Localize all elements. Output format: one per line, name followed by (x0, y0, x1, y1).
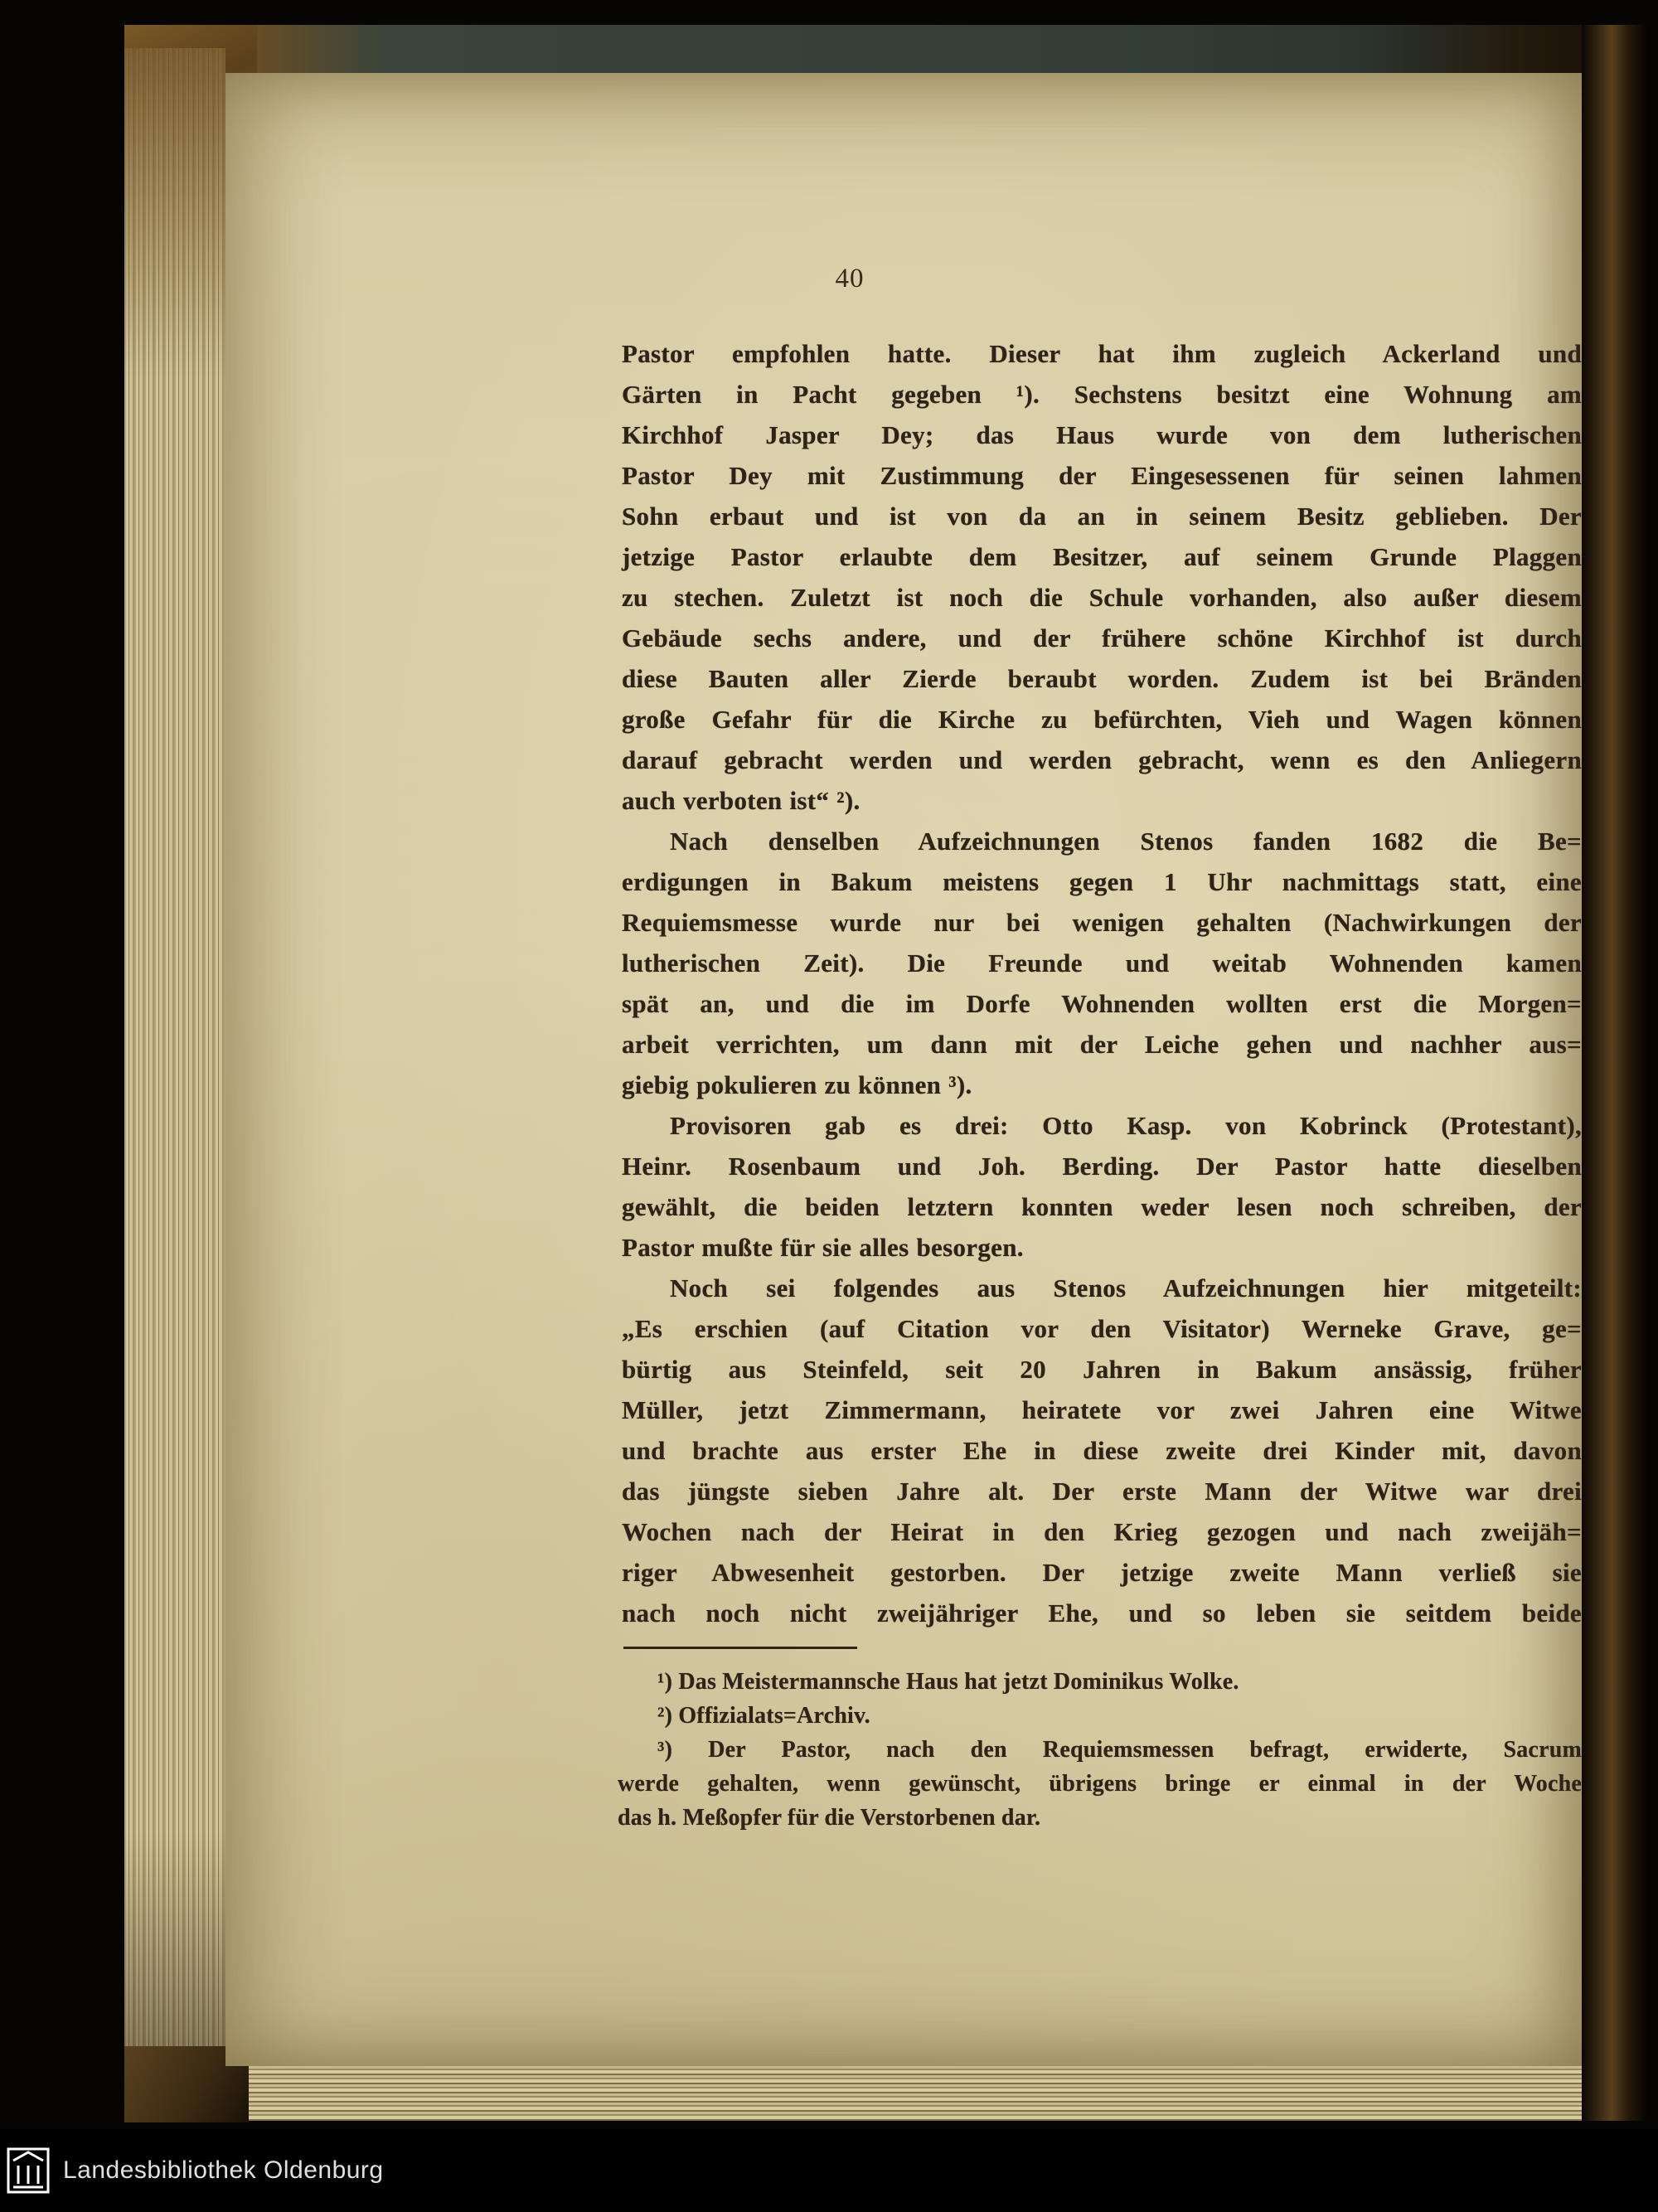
watermark-label: Landesbibliothek Oldenburg (63, 2156, 384, 2185)
text-line: riger Abwesenheit gestorben. Der jetzige… (622, 1552, 1582, 1593)
text-line: Requiemsmesse wurde nur bei wenigen geha… (622, 902, 1582, 943)
library-building-icon (5, 2144, 51, 2197)
footnote-separator (623, 1647, 857, 1649)
text-line: das jüngste sieben Jahre alt. Der erste … (622, 1471, 1582, 1511)
text-line: Kirchhof Jasper Dey; das Haus wurde von … (622, 415, 1582, 455)
text-line: jetzige Pastor erlaubte dem Besitzer, au… (622, 536, 1582, 577)
footnote-line: das h. Meßopfer für die Verstorbenen dar… (618, 1801, 1582, 1835)
book-spine-edge (1582, 25, 1648, 2121)
footnote-line: ¹) Das Meistermannsche Haus hat jetzt Do… (618, 1665, 1582, 1699)
text-line: lutherischen Zeit). Die Freunde und weit… (622, 943, 1582, 983)
text-line: Pastor empfohlen hatte. Dieser hat ihm z… (622, 333, 1582, 374)
text-line: Sohn erbaut und ist von da an in seinem … (622, 496, 1582, 536)
text-line: große Gefahr für die Kirche zu befürchte… (622, 699, 1582, 740)
text-line: spät an, und die im Dorfe Wohnenden woll… (622, 983, 1582, 1024)
page-stack-bottom-edge (124, 2066, 1582, 2121)
text-line: bürtig aus Steinfeld, seit 20 Jahren in … (622, 1349, 1582, 1390)
text-line: darauf gebracht werden und werden gebrac… (622, 740, 1582, 780)
text-line: Müller, jetzt Zimmermann, heiratete vor … (622, 1390, 1582, 1430)
footnote-line: werde gehalten, wenn gewünscht, übrigens… (618, 1767, 1582, 1801)
text-line: „Es erschien (auf Citation vor den Visit… (622, 1308, 1582, 1349)
text-line: Pastor Dey mit Zustimmung der Eingesesse… (622, 455, 1582, 496)
text-line: und brachte aus erster Ehe in diese zwei… (622, 1430, 1582, 1471)
footnotes: ¹) Das Meistermannsche Haus hat jetzt Do… (618, 1665, 1582, 1835)
text-line: gewählt, die beiden letztern konnten wed… (622, 1186, 1582, 1227)
main-text: Pastor empfohlen hatte. Dieser hat ihm z… (622, 333, 1582, 1633)
book-scan: 40 Pastor empfohlen hatte. Dieser hat ih… (0, 0, 1658, 2212)
text-line: diese Bauten aller Zierde beraubt worden… (622, 658, 1582, 699)
text-line: nach noch nicht zweijähriger Ehe, und so… (622, 1593, 1582, 1633)
text-line: Pastor mußte für sie alles besorgen. (622, 1227, 1582, 1268)
watermark-bar: Landesbibliothek Oldenburg (0, 2129, 1658, 2212)
page-stack-left-edge (124, 48, 225, 2121)
text-line: Noch sei folgendes aus Stenos Aufzeichnu… (622, 1268, 1582, 1308)
book-top-edge (124, 25, 1648, 73)
text-line: Nach denselben Aufzeichnungen Stenos fan… (622, 821, 1582, 861)
footnote-line: ³) Der Pastor, nach den Requiemsmessen b… (618, 1733, 1582, 1767)
footnote-line: ²) Offizialats=Archiv. (618, 1699, 1582, 1733)
text-line: Gärten in Pacht gegeben ¹). Sechstens be… (622, 374, 1582, 415)
text-line: zu stechen. Zuletzt ist noch die Schule … (622, 577, 1582, 618)
text-line: Provisoren gab es drei: Otto Kasp. von K… (622, 1105, 1582, 1146)
text-line: erdigungen in Bakum meistens gegen 1 Uhr… (622, 861, 1582, 902)
text-line: giebig pokulieren zu können ³). (622, 1065, 1582, 1105)
text-line: Gebäude sechs andere, und der frühere sc… (622, 618, 1582, 658)
text-line: auch verboten ist“ ²). (622, 780, 1582, 821)
book-page: 40 Pastor empfohlen hatte. Dieser hat ih… (225, 73, 1582, 2066)
text-line: Wochen nach der Heirat in den Krieg gezo… (622, 1511, 1582, 1552)
text-line: Heinr. Rosenbaum und Joh. Berding. Der P… (622, 1146, 1582, 1186)
page-number: 40 (817, 264, 883, 294)
text-line: arbeit verrichten, um dann mit der Leich… (622, 1024, 1582, 1065)
